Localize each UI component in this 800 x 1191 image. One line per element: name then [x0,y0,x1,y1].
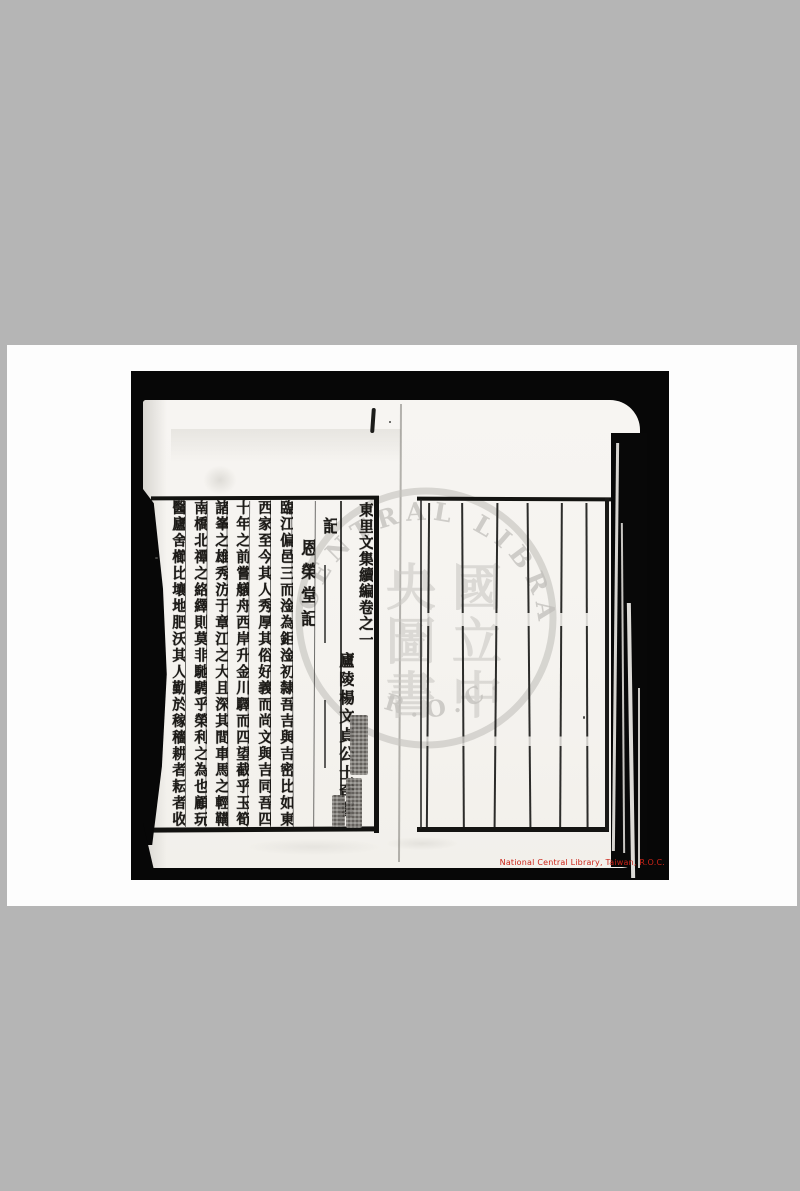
column-divider-dash [324,565,326,643]
blank-page-top-border [417,497,611,502]
text-column: 諸峯之雄秀汸于章江之大且深其間車馬之輕鞲 [207,500,228,829]
stamp-seal-char: 書 [386,666,436,725]
book-photograph: CENTRAL LIBRARY R.O.C. 國 立 中 央 圖 書 東里文集續… [131,371,669,880]
book-title-column: 東里文集續編卷之一 [343,502,373,652]
film-speck [155,557,158,559]
leaf-edge-streak [638,688,640,868]
text-column: 十年之前嘗艤舟西岸升金川驛而四望截乎玉筍 [228,500,249,829]
text-column: 西家至今其人秀厚其俗好義而尚文與吉同吾四 [250,500,271,829]
fore-edge-leaves [611,433,647,867]
column-divider-dash [324,700,326,768]
collector-seal [350,715,368,775]
collector-seal [332,795,345,827]
collector-seal [346,778,362,828]
leaf-edge-streak [612,443,619,851]
paper-smudge [203,465,237,495]
text-column-partial: 醫廬舍櫛比壤地肥沃其人勤於稼穡耕者耘者收 [164,500,185,829]
piece-title: 恩榮堂記 [291,539,315,639]
blank-page-left-border [420,499,422,829]
film-speck [389,421,391,423]
page-top-shading [171,429,401,463]
text-frame-right-border [374,496,379,833]
text-column: 南橋北禫之絡繹則莫非馳騁乎榮利之為也顧玩 [186,500,207,829]
film-speck [583,716,585,719]
leaf-edge-streak [627,603,635,878]
paper-smudge [249,839,379,855]
text-column: 臨江偏邑三而淦為鉅淦初隸吾吉與吉密比如東 [272,500,293,829]
blank-page-right-border [605,498,609,830]
library-caption: National Central Library, Taiwan, R.O.C. [500,858,665,867]
blank-page-bottom-border [417,827,609,832]
screenshot-canvas: { "scan": { "caption": "National Central… [0,0,800,1191]
leaf-edge-streak [621,523,625,853]
section-heading: 記 [313,517,337,559]
